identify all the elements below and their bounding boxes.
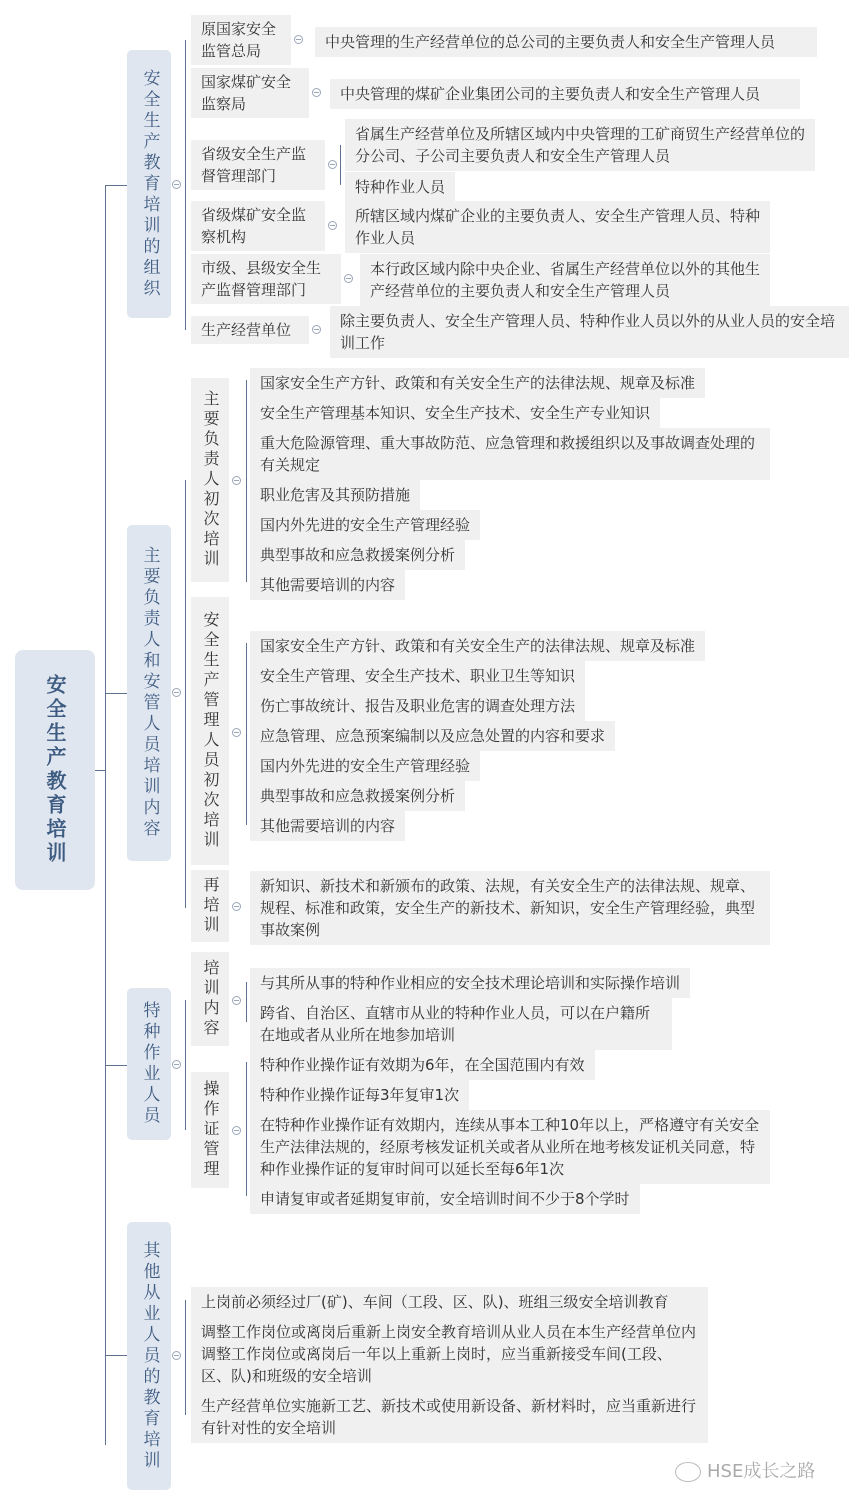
leaf-item: 其他需要培训的内容 <box>250 811 405 841</box>
bracket-line <box>246 982 247 1022</box>
node-label: 安全生产管理人员初次培训 <box>202 611 218 851</box>
sub-node[interactable]: 操作证管理 <box>191 1072 229 1188</box>
bracket-line <box>246 1062 247 1196</box>
leaf-item: 国家安全生产方针、政策和有关安全生产的法律法规、规章及标准 <box>250 368 705 398</box>
leaf-item: 本行政区域内除中央企业、省属生产经营单位以外的其他生产经营单位的主要负责人和安全… <box>360 254 770 306</box>
leaf-item: 典型事故和应急救援案例分析 <box>250 781 465 811</box>
branch-organization[interactable]: 安全生产教育培训的组织 <box>127 50 171 318</box>
collapse-icon[interactable] <box>172 1060 181 1069</box>
org-node[interactable]: 生产经营单位 <box>191 316 309 344</box>
branch-label: 特种作业人员 <box>141 1001 158 1127</box>
leaf-item: 伤亡事故统计、报告及职业危害的调查处理方法 <box>250 691 585 721</box>
bracket-line <box>185 1000 186 1130</box>
root-label: 安全生产教育培训 <box>45 674 65 866</box>
leaf-item: 重大危险源管理、重大事故防范、应急管理和救援组织以及事故调查处理的有关规定 <box>250 428 770 480</box>
node-label: 省级安全生产监督管理部门 <box>201 143 315 187</box>
trunk-line <box>105 185 106 1445</box>
branch-connector <box>105 1355 127 1356</box>
leaf-item: 省属生产经营单位及所辖区域内中央管理的工矿商贸生产经营单位的分公司、子公司主要负… <box>345 119 815 171</box>
node-label: 市级、县级安全生产监督管理部门 <box>201 257 331 301</box>
bracket-line <box>340 145 341 185</box>
leaf-item: 特种作业操作证有效期为6年，在全国范围内有效 <box>250 1050 595 1080</box>
sub-node[interactable]: 安全生产管理人员初次培训 <box>191 597 229 865</box>
branch-connector <box>105 1065 127 1066</box>
collapse-icon[interactable] <box>344 274 353 283</box>
sub-node[interactable]: 再培训 <box>191 870 229 942</box>
leaf-item: 其他需要培训的内容 <box>250 570 405 600</box>
node-label: 省级煤矿安全监察机构 <box>201 204 315 248</box>
branch-other-workers[interactable]: 其他从业人员的教育培训 <box>127 1222 171 1490</box>
leaf-item: 生产经营单位实施新工艺、新技术或使用新设备、新材料时，应当重新进行有针对性的安全… <box>191 1391 708 1443</box>
branch-label: 其他从业人员的教育培训 <box>141 1241 158 1472</box>
node-label: 国家煤矿安全监察局 <box>201 71 299 115</box>
collapse-icon[interactable] <box>232 902 241 911</box>
leaf-item: 安全生产管理基本知识、安全生产技术、安全生产专业知识 <box>250 398 660 428</box>
collapse-icon[interactable] <box>312 325 321 334</box>
node-label: 培训内容 <box>202 959 218 1039</box>
leaf-item: 职业危害及其预防措施 <box>250 480 420 510</box>
leaf-item: 中央管理的生产经营单位的总公司的主要负责人和安全生产管理人员 <box>315 27 817 57</box>
org-node[interactable]: 原国家安全监管总局 <box>191 15 291 65</box>
leaf-item: 安全生产管理、安全生产技术、职业卫生等知识 <box>250 661 585 691</box>
leaf-item: 国家安全生产方针、政策和有关安全生产的法律法规、规章及标准 <box>250 631 705 661</box>
leaf-item: 国内外先进的安全生产管理经验 <box>250 510 480 540</box>
node-label: 生产经营单位 <box>201 319 291 341</box>
leaf-item: 特种作业操作证每3年复审1次 <box>250 1080 469 1110</box>
bracket-line <box>246 643 247 825</box>
node-label: 再培训 <box>202 876 218 936</box>
collapse-icon[interactable] <box>232 996 241 1005</box>
org-node[interactable]: 省级安全生产监督管理部门 <box>191 140 325 190</box>
org-node[interactable]: 市级、县级安全生产监督管理部门 <box>191 254 341 304</box>
collapse-icon[interactable] <box>328 160 337 169</box>
bracket-line <box>185 40 186 330</box>
leaf-item: 特种作业操作证有效期为6年，在全国范围内有效与其所从事的特种作业相应的安全技术理… <box>250 968 690 998</box>
root-node[interactable]: 安全生产教育培训 <box>15 650 95 890</box>
bracket-line <box>185 1300 186 1415</box>
leaf-item: 在特种作业操作证有效期内，连续从事本工种10年以上，严格遵守有关安全生产法律法规… <box>250 1110 770 1184</box>
org-node[interactable]: 国家煤矿安全监察局 <box>191 68 309 118</box>
leaf-item: 新知识、新技术和新颁布的政策、法规，有关安全生产的法律法规、规章、规程、标准和政… <box>250 871 770 945</box>
sub-node[interactable]: 主要负责人初次培训 <box>191 378 229 582</box>
branch-label: 安全生产教育培训的组织 <box>141 69 158 300</box>
node-label: 原国家安全监管总局 <box>201 18 281 62</box>
collapse-icon[interactable] <box>232 728 241 737</box>
leaf-item: 国内外先进的安全生产管理经验 <box>250 751 480 781</box>
node-label: 主要负责人初次培训 <box>202 390 218 570</box>
leaf-item: 典型事故和应急救援案例分析 <box>250 540 465 570</box>
leaf-item: 申请复审或者延期复审前，安全培训时间不少于8个学时 <box>250 1184 640 1214</box>
branch-label: 主要负责人和安管人员培训内容 <box>141 546 158 840</box>
root-connector <box>95 770 105 771</box>
sub-node[interactable]: 培训内容 <box>191 952 229 1046</box>
leaf-item: 调整工作岗位或离岗后重新上岗安全教育培训从业人员在本生产经营单位内调整工作岗位或… <box>191 1317 708 1391</box>
collapse-icon[interactable] <box>232 1126 241 1135</box>
leaf-item: 除主要负责人、安全生产管理人员、特种作业人员以外的从业人员的安全培训工作 <box>330 306 849 358</box>
leaf-item: 所辖区域内煤矿企业的主要负责人、安全生产管理人员、特种作业人员 <box>345 201 770 253</box>
watermark: HSE成长之路 <box>675 1457 815 1483</box>
collapse-icon[interactable] <box>312 88 321 97</box>
node-label: 操作证管理 <box>202 1080 218 1180</box>
leaf-item: 跨省、自治区、直辖市从业的特种作业人员，可以在户籍所在地或者从业所在地参加培训 <box>250 998 672 1050</box>
leaf-item: 特种作业人员 <box>345 172 455 202</box>
collapse-icon[interactable] <box>294 35 303 44</box>
org-node[interactable]: 省级煤矿安全监察机构 <box>191 201 325 251</box>
bracket-line <box>185 480 186 908</box>
wechat-icon <box>675 1462 701 1482</box>
branch-connector <box>105 185 127 186</box>
branch-training-content[interactable]: 主要负责人和安管人员培训内容 <box>127 525 171 861</box>
bracket-line <box>246 380 247 582</box>
collapse-icon[interactable] <box>328 221 337 230</box>
collapse-icon[interactable] <box>172 1351 181 1360</box>
branch-connector <box>105 693 127 694</box>
collapse-icon[interactable] <box>172 688 181 697</box>
leaf-item: 中央管理的煤矿企业集团公司的主要负责人和安全生产管理人员 <box>330 79 800 109</box>
branch-special-workers[interactable]: 特种作业人员 <box>127 988 171 1140</box>
collapse-icon[interactable] <box>232 476 241 485</box>
leaf-item: 上岗前必须经过厂(矿)、车间（工段、区、队)、班组三级安全培训教育 <box>191 1287 708 1317</box>
leaf-item: 应急管理、应急预案编制以及应急处置的内容和要求 <box>250 721 615 751</box>
collapse-icon[interactable] <box>172 180 181 189</box>
